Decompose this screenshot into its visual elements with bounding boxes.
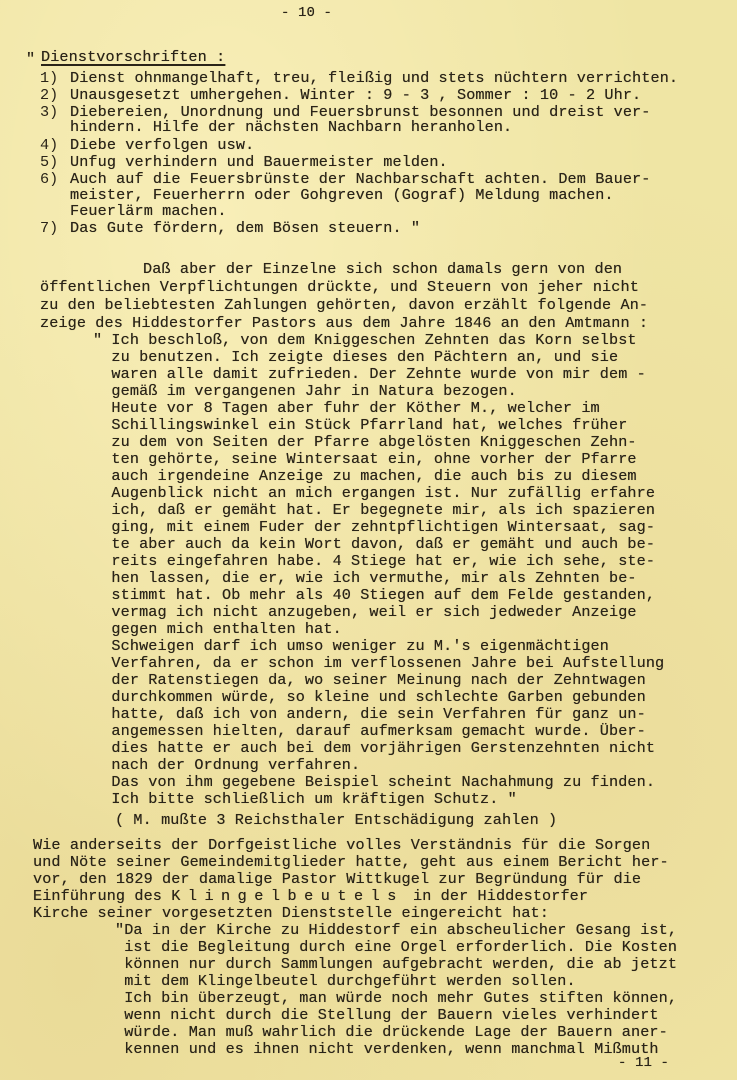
list-number: 2): [40, 88, 58, 103]
quote-line: Das von ihm gegebene Beispiel scheint Na…: [93, 775, 655, 790]
paragraph-line: zeige des Hiddestorfer Pastors aus dem J…: [40, 316, 648, 331]
quote-line: reits eingefahren habe. 4 Stiege hat er,…: [93, 554, 655, 569]
quote-line: können nur durch Sammlungen aufgebracht …: [115, 957, 677, 972]
quote-line: durchkommen würde, so kleine und schlech…: [93, 690, 646, 705]
quote-line: zu benutzen. Ich zeigte dieses den Pächt…: [93, 350, 618, 365]
list-item: Auch auf die Feuersbrünste der Nachbarsc…: [70, 172, 650, 187]
list-number: 3): [40, 105, 58, 120]
quote-line: hen lassen, die er, wie ich vermuthe, mi…: [93, 571, 637, 586]
quote-line: würde. Man muß wahrlich die drückende La…: [115, 1025, 668, 1040]
list-item-continuation: meister, Feuerherrn oder Gohgreven (Gogr…: [70, 188, 614, 203]
paragraph-line: öffentlichen Verpflichtungen drückte, un…: [40, 280, 639, 295]
quote-line: angemessen hielten, darauf aufmerksam ge…: [93, 724, 646, 739]
quote-line: gemäß im vergangenen Jahr in Natura bezo…: [93, 384, 517, 399]
quote-line: wenn nicht durch die Stellung der Bauern…: [115, 1008, 659, 1023]
list-item: Unausgesetzt umhergehen. Winter : 9 - 3 …: [70, 88, 641, 103]
quote-line: ten gehörte, seine Wintersaat ein, ohne …: [93, 452, 637, 467]
paragraph-line: Einführung des Klingelbeutels in der Hid…: [33, 889, 588, 904]
line-suffix: in der Hiddestorfer: [404, 887, 588, 905]
list-item: Diebe verfolgen usw.: [70, 138, 254, 153]
quote-line: " Ich beschloß, von dem Kniggeschen Zehn…: [93, 333, 637, 348]
paragraph-line: Wie anderseits der Dorfgeistliche volles…: [33, 838, 650, 853]
document-page: - 10 - " Dienstvorschriften : 1) Dienst …: [0, 0, 737, 1080]
paragraph-line: zu den beliebtesten Zahlungen gehörten, …: [40, 298, 648, 313]
quote-line: waren alle damit zufrieden. Der Zehnte w…: [93, 367, 646, 382]
paragraph-line: und Nöte seiner Gemeindemitglieder hatte…: [33, 855, 669, 870]
paragraph-line: Daß aber der Einzelne sich schon damals …: [143, 262, 622, 277]
quote-line: gegen mich enthalten hat.: [93, 622, 342, 637]
emphasized-word: Klingelbeutels: [171, 887, 404, 905]
quote-line: Schweigen darf ich umso weniger zu M.'s …: [93, 639, 609, 654]
list-number: 7): [40, 221, 58, 236]
quote-line: Ich bitte schließlich um kräftigen Schut…: [93, 792, 517, 807]
quote-line: "Da in der Kirche zu Hiddestorf ein absc…: [115, 923, 677, 938]
quote-line: Augenblick nicht an mich ergangen ist. N…: [93, 486, 655, 501]
quote-line: Schillingswinkel ein Stück Pfarrland hat…: [93, 418, 627, 433]
paragraph-line: Kirche seiner vorgesetzten Dienststelle …: [33, 906, 549, 921]
page-number-next: - 11 -: [618, 1056, 669, 1071]
paragraph-line: vor, den 1829 der damalige Pastor Wittku…: [33, 872, 641, 887]
quote-line: stimmt hat. Ob mehr als 40 Stiegen auf d…: [93, 588, 655, 603]
list-item: Unfug verhindern und Bauermeister melden…: [70, 155, 448, 170]
list-item: Dienst ohnmangelhaft, treu, fleißig und …: [70, 71, 678, 86]
quote-line: ich, daß er gemäht hat. Er begegnete mir…: [93, 503, 655, 518]
quote-line: te aber auch da kein Wort davon, daß er …: [93, 537, 655, 552]
quote-line: ist die Begleitung durch eine Orgel erfo…: [115, 940, 677, 955]
quote-line: Ich bin überzeugt, man würde noch mehr G…: [115, 991, 677, 1006]
list-number: 4): [40, 138, 58, 153]
page-number-top: - 10 -: [281, 6, 332, 21]
quote-line: hatte, daß ich von andern, die sein Verf…: [93, 707, 646, 722]
quote-line: kennen und es ihnen nicht verdenken, wen…: [115, 1042, 659, 1057]
quote-line: vermag ich nicht anzugeben, weil er sich…: [93, 605, 637, 620]
quote-footnote: ( M. mußte 3 Reichsthaler Entschädigung …: [115, 813, 557, 828]
quote-line: auch irgendeine Anzeige zu machen, die a…: [93, 469, 637, 484]
heading-quote-mark: ": [26, 52, 35, 67]
quote-line: Heute vor 8 Tagen aber fuhr der Köther M…: [93, 401, 600, 416]
quote-line: nach der Ordnung verfahren.: [93, 758, 360, 773]
quote-line: ging, mit einem Fuder der zehntpflichtig…: [93, 520, 655, 535]
list-item: Das Gute fördern, dem Bösen steuern. ": [70, 221, 420, 236]
section-heading: Dienstvorschriften :: [41, 50, 225, 65]
quote-line: der Ratenstiegen da, wo seiner Meinung n…: [93, 673, 646, 688]
quote-line: mit dem Klingelbeutel durchgeführt werde…: [115, 974, 576, 989]
list-number: 1): [40, 71, 58, 86]
quote-line: zu dem von Seiten der Pfarre abgelösten …: [93, 435, 637, 450]
line-prefix: Einführung des: [33, 887, 171, 905]
list-item-continuation: hindern. Hilfe der nächsten Nachbarn her…: [70, 120, 512, 135]
list-item-continuation: Feuerlärm machen.: [70, 204, 227, 219]
quote-line: Verfahren, da er schon im verflossenen J…: [93, 656, 664, 671]
list-number: 5): [40, 155, 58, 170]
list-number: 6): [40, 172, 58, 187]
quote-line: dies hatte er auch bei dem vorjährigen G…: [93, 741, 655, 756]
